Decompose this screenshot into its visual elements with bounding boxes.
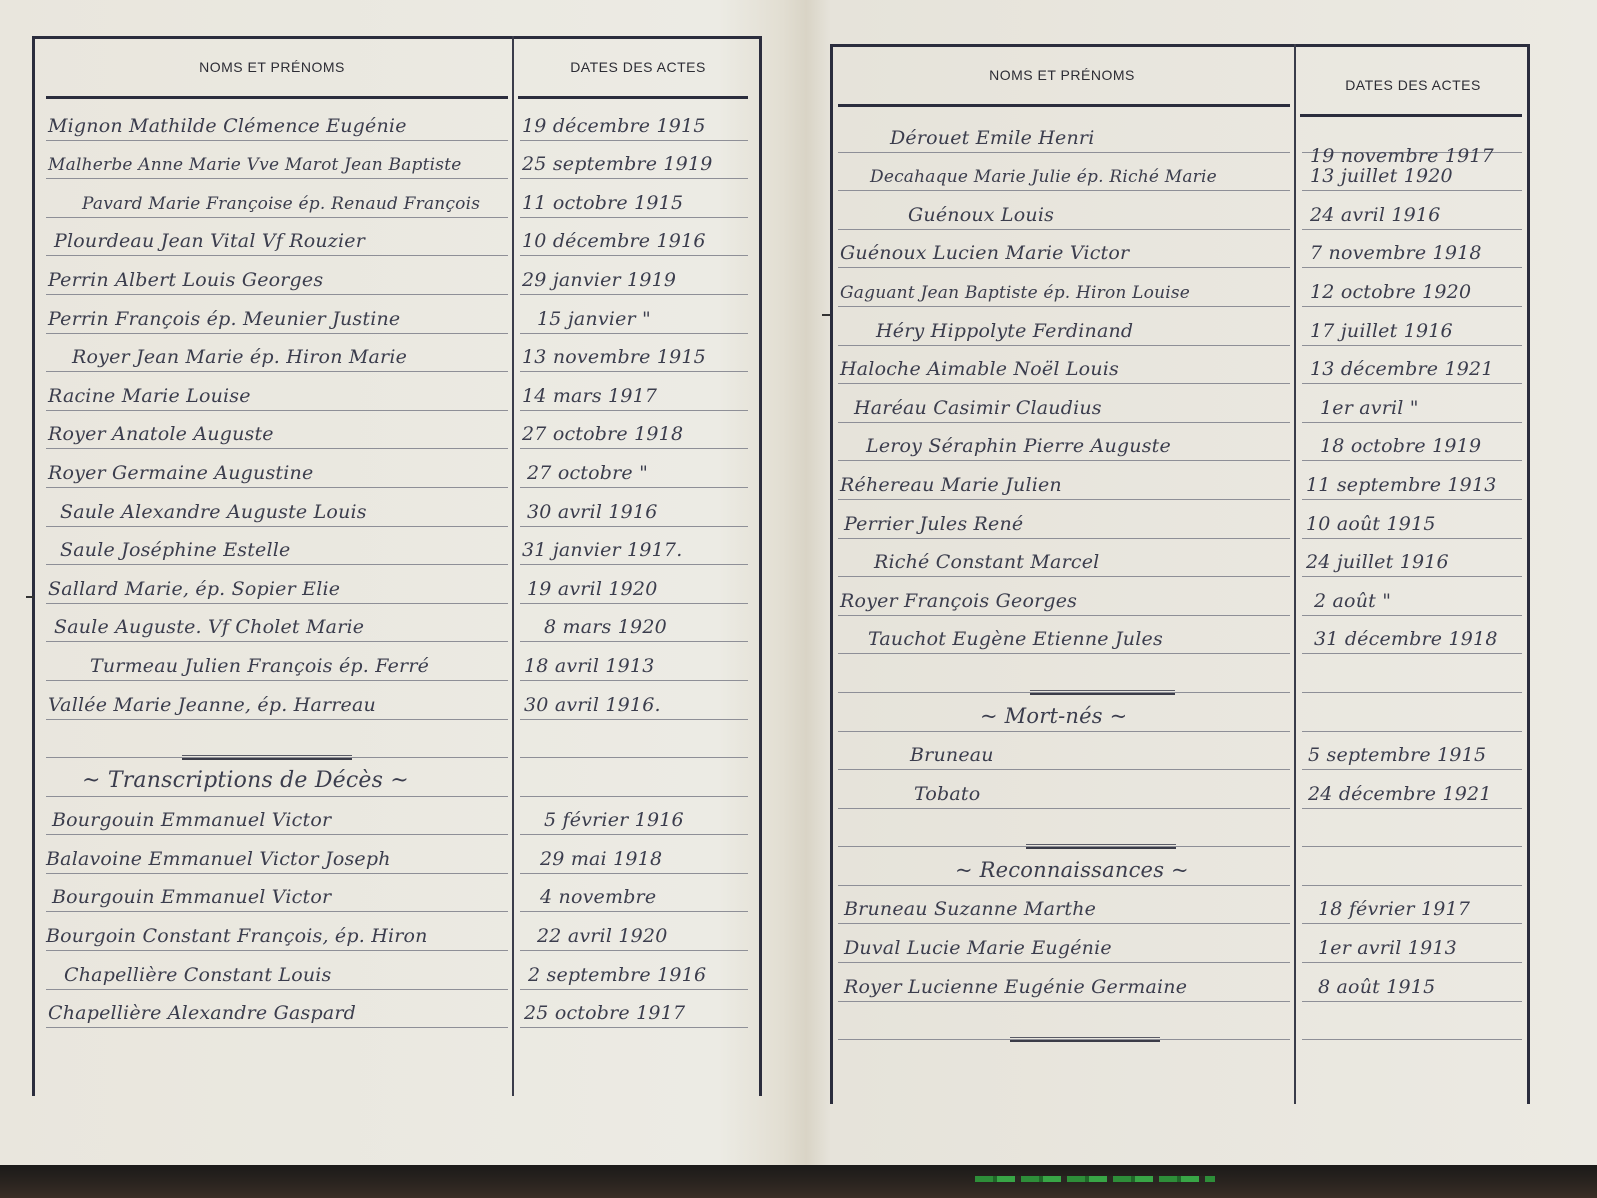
table-row: Royer François Georges2 août " [830, 577, 1530, 616]
separator-row [830, 1002, 1530, 1041]
entry-date: 2 août " [1314, 590, 1391, 612]
entry-name: Vallée Marie Jeanne, ép. Harreau [48, 694, 376, 716]
table-row: Bourgoin Constant François, ép. Hiron22 … [32, 912, 762, 951]
table-row: Bourgouin Emmanuel Victor5 février 1916 [32, 797, 762, 836]
entry-date: 1er avril " [1320, 397, 1419, 419]
entry-date: 8 août 1915 [1318, 976, 1435, 998]
table-row: Malherbe Anne Marie Vve Marot Jean Bapti… [32, 141, 762, 180]
section-title-transcriptions: ~ Transcriptions de Décès ~ [82, 768, 409, 793]
entry-date: 24 juillet 1916 [1306, 551, 1449, 573]
entry-date: 22 avril 1920 [537, 925, 668, 947]
entry-date: 14 mars 1917 [522, 385, 657, 407]
entry-date: 29 janvier 1919 [522, 269, 676, 291]
entry-date: 10 août 1915 [1306, 513, 1436, 535]
entry-name: Pavard Marie Françoise ép. Renaud Franço… [82, 194, 480, 214]
table-row: Perrier Jules René10 août 1915 [830, 500, 1530, 539]
table-row: Chapellière Constant Louis2 septembre 19… [32, 951, 762, 990]
entry-name: Perrier Jules René [844, 513, 1023, 535]
table-row: Héry Hippolyte Ferdinand17 juillet 1916 [830, 307, 1530, 346]
entry-name: Plourdeau Jean Vital Vf Rouzier [54, 230, 365, 252]
entry-date: 11 octobre 1915 [522, 192, 683, 214]
entry-name: Turmeau Julien François ép. Ferré [90, 655, 429, 677]
entry-name: Saule Auguste. Vf Cholet Marie [54, 616, 364, 638]
entry-date: 8 mars 1920 [544, 616, 667, 638]
entry-name: Saule Joséphine Estelle [60, 539, 291, 561]
entry-date: 19 décembre 1915 [522, 115, 706, 137]
entry-date: 19 avril 1920 [527, 578, 658, 600]
table-row: Royer Lucienne Eugénie Germaine8 août 19… [830, 963, 1530, 1002]
entry-date: 31 janvier 1917. [522, 539, 682, 561]
entry-name: Guénoux Louis [908, 204, 1054, 226]
entry-date: 24 avril 1916 [1310, 204, 1441, 226]
entry-name: Gaguant Jean Baptiste ép. Hiron Louise [840, 283, 1190, 303]
section-title-row: ~ Reconnaissances ~ [830, 847, 1530, 886]
entry-name: Bruneau [910, 744, 994, 766]
separator-row [830, 809, 1530, 848]
table-row: Pavard Marie Françoise ép. Renaud Franço… [32, 179, 762, 218]
entry-date: 12 octobre 1920 [1310, 281, 1471, 303]
entry-date: 13 juillet 1920 [1310, 165, 1453, 187]
entry-name: Dérouet Emile Henri [890, 127, 1095, 149]
table-row: Saule Auguste. Vf Cholet Marie8 mars 192… [32, 604, 762, 643]
entry-date: 15 janvier " [537, 308, 651, 330]
entry-name: Chapellière Constant Louis [64, 964, 332, 986]
entry-date: 5 septembre 1915 [1308, 744, 1486, 766]
right-header-row: NOMS ET PRÉNOMS DATES DES ACTES [830, 44, 1530, 106]
entry-name: Guénoux Lucien Marie Victor [840, 242, 1129, 264]
entry-name: Perrin Albert Louis Georges [48, 269, 323, 291]
entry-date: 27 octobre 1918 [522, 423, 683, 445]
entry-name: Bourgouin Emmanuel Victor [52, 886, 331, 908]
entry-date: 25 octobre 1917 [524, 1002, 685, 1024]
entry-date: 25 septembre 1919 [522, 153, 713, 175]
table-row: Haloche Aimable Noël Louis13 décembre 19… [830, 346, 1530, 385]
margin-mark [26, 596, 34, 598]
table-row: Bruneau5 septembre 1915 [830, 732, 1530, 771]
table-row: Saule Alexandre Auguste Louis30 avril 19… [32, 488, 762, 527]
table-row: Gaguant Jean Baptiste ép. Hiron Louise12… [830, 268, 1530, 307]
entry-name: Malherbe Anne Marie Vve Marot Jean Bapti… [48, 155, 462, 175]
entry-date: 30 avril 1916 [527, 501, 658, 523]
section-title-mort-nes: ~ Mort-nés ~ [980, 704, 1127, 728]
entry-name: Mignon Mathilde Clémence Eugénie [48, 115, 407, 137]
entry-date: 18 avril 1913 [524, 655, 655, 677]
entry-date: 10 décembre 1916 [522, 230, 706, 252]
green-binding-tape [975, 1176, 1215, 1182]
section-separator [1010, 1040, 1160, 1042]
entry-name: Leroy Séraphin Pierre Auguste [866, 435, 1171, 457]
entry-name: Royer Anatole Auguste [48, 423, 274, 445]
entry-name: Decahaque Marie Julie ép. Riché Marie [870, 167, 1217, 187]
separator-row [32, 720, 762, 759]
entry-name: Duval Lucie Marie Eugénie [844, 937, 1112, 959]
entry-date: 7 novembre 1918 [1310, 242, 1482, 264]
table-row: Tauchot Eugène Etienne Jules31 décembre … [830, 616, 1530, 655]
entry-name: Héry Hippolyte Ferdinand [876, 320, 1133, 342]
entry-name: Haloche Aimable Noël Louis [840, 358, 1119, 380]
entry-name: Riché Constant Marcel [874, 551, 1099, 573]
table-surface [0, 1165, 1597, 1198]
entry-name: Saule Alexandre Auguste Louis [60, 501, 367, 523]
entry-date: 18 octobre 1919 [1320, 435, 1481, 457]
table-row: Perrin Albert Louis Georges29 janvier 19… [32, 256, 762, 295]
header-dates: DATES DES ACTES [1296, 54, 1530, 116]
entry-date: 29 mai 1918 [540, 848, 662, 870]
entry-name: Haréau Casimir Claudius [854, 397, 1102, 419]
table-row: Mignon Mathilde Clémence Eugénie19 décem… [32, 102, 762, 141]
entry-name: Tobato [914, 783, 980, 805]
header-names: NOMS ET PRÉNOMS [830, 44, 1294, 106]
table-row: Riché Constant Marcel24 juillet 1916 [830, 539, 1530, 578]
left-rows: Mignon Mathilde Clémence Eugénie19 décem… [32, 102, 762, 1028]
entry-name: Chapellière Alexandre Gaspard [48, 1002, 356, 1024]
header-names: NOMS ET PRÉNOMS [32, 36, 512, 98]
table-row: Racine Marie Louise14 mars 1917 [32, 372, 762, 411]
table-row: Turmeau Julien François ép. Ferré18 avri… [32, 642, 762, 681]
left-page: NOMS ET PRÉNOMS DATES DES ACTES Mignon M… [32, 36, 762, 1096]
separator-row [830, 654, 1530, 693]
section-title-row: ~ Transcriptions de Décès ~ [32, 758, 762, 797]
entry-name: Royer Lucienne Eugénie Germaine [844, 976, 1187, 998]
entry-name: Bourgoin Constant François, ép. Hiron [46, 925, 428, 947]
entry-name: Tauchot Eugène Etienne Jules [868, 628, 1163, 650]
entry-date: 2 septembre 1916 [528, 964, 706, 986]
table-row: Tobato24 décembre 1921 [830, 770, 1530, 809]
table-row: Royer Germaine Augustine27 octobre " [32, 449, 762, 488]
table-row: Balavoine Emmanuel Victor Joseph29 mai 1… [32, 835, 762, 874]
header-rule [518, 96, 748, 99]
table-row: Decahaque Marie Julie ép. Riché Marie13 … [830, 153, 1530, 192]
section-title-row: ~ Mort-nés ~ [830, 693, 1530, 732]
entry-date: 17 juillet 1916 [1310, 320, 1453, 342]
header-dates: DATES DES ACTES [514, 36, 762, 98]
table-row: Perrin François ép. Meunier Justine15 ja… [32, 295, 762, 334]
entry-date: 1er avril 1913 [1318, 937, 1457, 959]
entry-name: Royer Jean Marie ép. Hiron Marie [72, 346, 407, 368]
entry-date: 5 février 1916 [544, 809, 684, 831]
entry-date: 13 décembre 1921 [1310, 358, 1494, 380]
right-page: NOMS ET PRÉNOMS DATES DES ACTES Dérouet … [830, 44, 1530, 1104]
entry-name: Balavoine Emmanuel Victor Joseph [46, 848, 391, 870]
entry-date: 18 février 1917 [1318, 898, 1470, 920]
table-row: Saule Joséphine Estelle31 janvier 1917. [32, 527, 762, 566]
header-rule [46, 96, 508, 99]
header-rule [838, 104, 1290, 107]
entry-date: 13 novembre 1915 [522, 346, 706, 368]
entry-name: Bruneau Suzanne Marthe [844, 898, 1096, 920]
table-row: Guénoux Louis24 avril 1916 [830, 191, 1530, 230]
left-header-row: NOMS ET PRÉNOMS DATES DES ACTES [32, 36, 762, 98]
entry-date: 4 novembre [540, 886, 656, 908]
table-row: Chapellière Alexandre Gaspard25 octobre … [32, 990, 762, 1029]
table-row: Royer Jean Marie ép. Hiron Marie13 novem… [32, 334, 762, 373]
table-row: Réhereau Marie Julien11 septembre 1913 [830, 461, 1530, 500]
table-row: Haréau Casimir Claudius1er avril " [830, 384, 1530, 423]
margin-mark [822, 314, 830, 316]
entry-name: Réhereau Marie Julien [840, 474, 1062, 496]
entry-name: Racine Marie Louise [48, 385, 251, 407]
section-title-reconnaissances: ~ Reconnaissances ~ [955, 858, 1189, 882]
table-row: Duval Lucie Marie Eugénie1er avril 1913 [830, 924, 1530, 963]
entry-name: Perrin François ép. Meunier Justine [48, 308, 400, 330]
entry-name: Royer Germaine Augustine [48, 462, 313, 484]
entry-date: 27 octobre " [527, 462, 648, 484]
table-row: Sallard Marie, ép. Sopier Elie19 avril 1… [32, 565, 762, 604]
table-row: Plourdeau Jean Vital Vf Rouzier10 décemb… [32, 218, 762, 257]
table-row: Bourgouin Emmanuel Victor4 novembre [32, 874, 762, 913]
entry-date: 31 décembre 1918 [1314, 628, 1498, 650]
table-row: Bruneau Suzanne Marthe18 février 1917 [830, 886, 1530, 925]
entry-date: 30 avril 1916. [524, 694, 661, 716]
table-row: Vallée Marie Jeanne, ép. Harreau30 avril… [32, 681, 762, 720]
table-row: Guénoux Lucien Marie Victor7 novembre 19… [830, 230, 1530, 269]
entry-date: 11 septembre 1913 [1306, 474, 1497, 496]
table-row: Dérouet Emile Henri19 novembre 1917 [830, 114, 1530, 153]
entry-name: Bourgouin Emmanuel Victor [52, 809, 331, 831]
table-row: Royer Anatole Auguste27 octobre 1918 [32, 411, 762, 450]
entry-name: Royer François Georges [840, 590, 1077, 612]
right-rows: Dérouet Emile Henri19 novembre 1917 Deca… [830, 114, 1530, 1040]
entry-date: 24 décembre 1921 [1308, 783, 1492, 805]
table-row: Leroy Séraphin Pierre Auguste18 octobre … [830, 423, 1530, 462]
entry-name: Sallard Marie, ép. Sopier Elie [48, 578, 340, 600]
